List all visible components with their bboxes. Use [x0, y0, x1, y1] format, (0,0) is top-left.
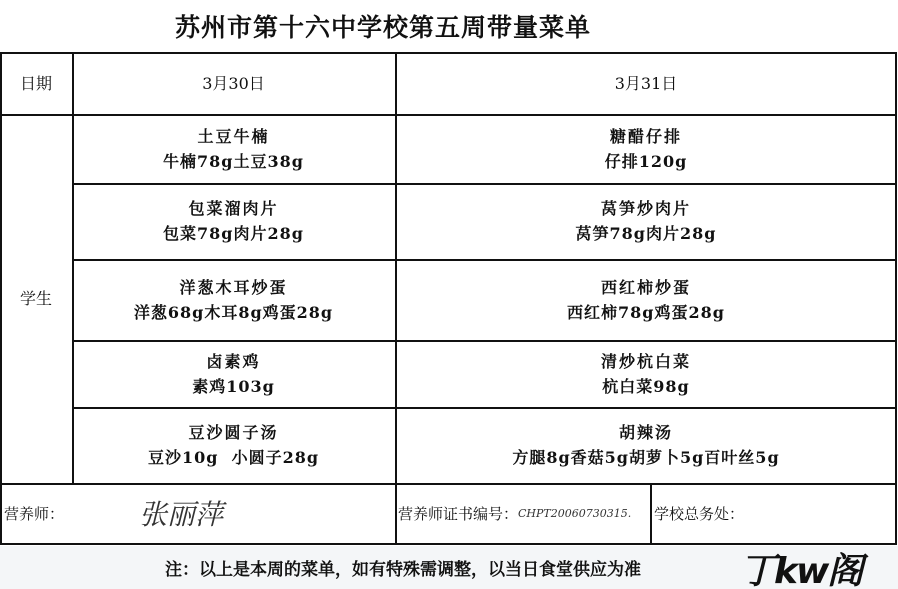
office-field: 学校总务处： [654, 483, 894, 543]
dish-cell: 土豆牛楠 牛楠78g土豆38g [72, 114, 395, 183]
date-label: 日期 [0, 52, 72, 114]
date-header-2: 3月31日 [395, 52, 897, 114]
dish-cell: 豆沙圆子汤 豆沙10g 小圆子28g [72, 407, 395, 483]
dish-cell: 糖醋仔排 仔排120g [395, 114, 897, 183]
dish-cell: 清炒杭白菜 杭白菜98g [395, 340, 897, 407]
dish-cell: 西红柿炒蛋 西红柿78g鸡蛋28g [395, 259, 897, 340]
cert-field: 营养师证书编号： CHPT20060730315. [398, 483, 650, 543]
dish-quantity: 包菜78g肉片28g [163, 221, 304, 246]
dish-quantity: 仔排120g [605, 149, 688, 174]
dish-quantity: 素鸡103g [192, 374, 275, 399]
dietitian-field: 营养师： 张丽萍 [4, 483, 394, 543]
date-text: 3月31日 [615, 71, 678, 96]
col-divider [650, 483, 652, 545]
cert-number: CHPT20060730315. [518, 507, 631, 520]
dish-quantity: 莴笋78g肉片28g [576, 221, 717, 246]
dietitian-label: 营养师： [4, 503, 64, 524]
dish-name: 土豆牛楠 [197, 124, 269, 149]
dish-cell: 洋葱木耳炒蛋 洋葱68g木耳8g鸡蛋28g [72, 259, 395, 340]
dish-quantity: 杭白菜98g [602, 374, 689, 399]
dish-quantity: 豆沙10g 小圆子28g [148, 445, 319, 470]
dish-name: 胡辣汤 [619, 420, 673, 445]
dish-cell: 莴笋炒肉片 莴笋78g肉片28g [395, 183, 897, 259]
dish-quantity: 牛楠78g土豆38g [163, 149, 304, 174]
office-signature: 丁kw阁 [740, 543, 861, 589]
dish-quantity: 洋葱68g木耳8g鸡蛋28g [134, 300, 333, 325]
footnote-text: 注：以上是本周的菜单，如有特殊需调整，以当日食堂供应为准 [165, 555, 641, 580]
dish-name: 清炒杭白菜 [601, 349, 691, 374]
dish-cell: 包菜溜肉片 包菜78g肉片28g [72, 183, 395, 259]
date-header-1: 3月30日 [72, 52, 395, 114]
dish-name: 洋葱木耳炒蛋 [179, 275, 287, 300]
date-text: 3月30日 [202, 71, 265, 96]
dish-name: 糖醋仔排 [610, 124, 682, 149]
dish-name: 包菜溜肉片 [188, 196, 278, 221]
office-label: 学校总务处： [654, 503, 744, 524]
group-label-students: 学生 [0, 114, 72, 483]
cert-label: 营养师证书编号： [398, 503, 518, 524]
date-label-text: 日期 [20, 71, 52, 96]
dish-name: 卤素鸡 [206, 349, 260, 374]
group-label-text: 学生 [20, 286, 52, 311]
dish-cell: 胡辣汤 方腿8g香菇5g胡萝卜5g百叶丝5g [395, 407, 897, 483]
dish-name: 豆沙圆子汤 [188, 420, 278, 445]
menu-title: 苏州市第十六中学校第五周带量菜单 [0, 8, 898, 48]
dish-cell: 卤素鸡 素鸡103g [72, 340, 395, 407]
dish-quantity: 方腿8g香菇5g胡萝卜5g百叶丝5g [512, 445, 779, 470]
dietitian-signature: 张丽萍 [139, 493, 223, 533]
dish-quantity: 西红柿78g鸡蛋28g [567, 300, 725, 325]
dish-name: 莴笋炒肉片 [601, 196, 691, 221]
dish-name: 西红柿炒蛋 [601, 275, 691, 300]
